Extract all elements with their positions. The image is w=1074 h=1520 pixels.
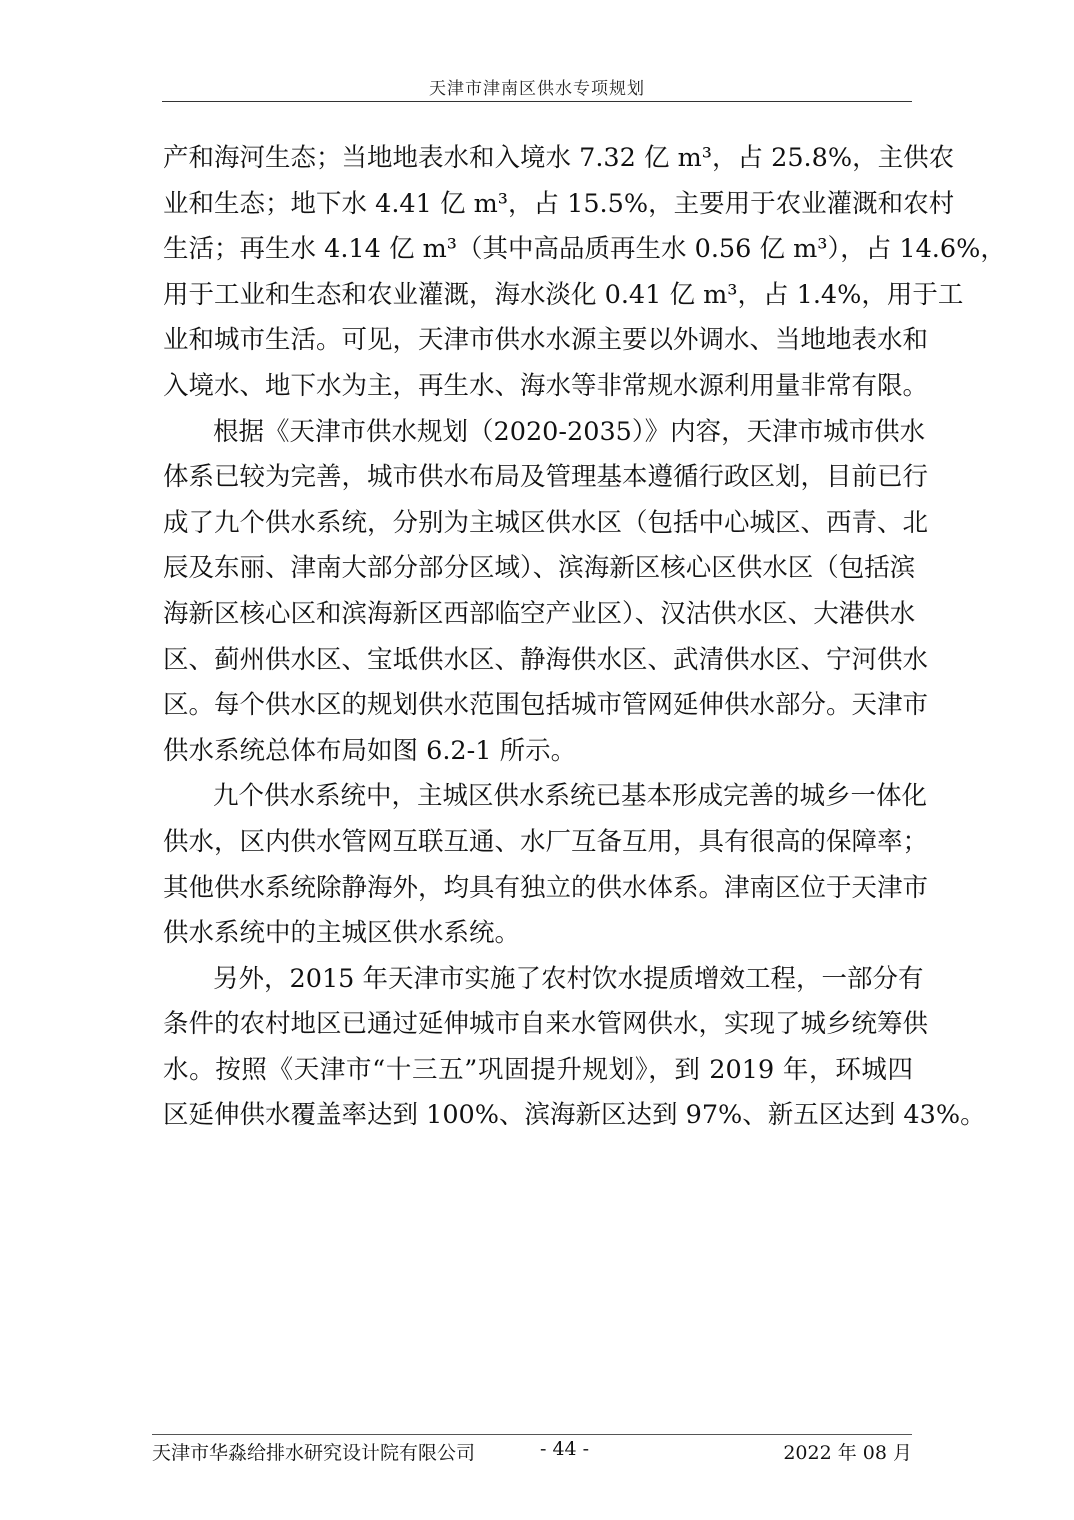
- paragraph-4: 另外，2015 年天津市实施了农村饮水提质增效工程，一部分有 条件的农村地区已通…: [163, 957, 913, 1139]
- text-line: 供水系统总体布局如图 6.2-1 所示。: [163, 729, 913, 775]
- text-line: 辰及东丽、津南大部分部分区域）、滨海新区核心区供水区（包括滨: [163, 546, 913, 592]
- text-line: 生活；再生水 4.14 亿 m³（其中高品质再生水 0.56 亿 m³），占 1…: [163, 227, 913, 273]
- text-line: 区。每个供水区的规划供水范围包括城市管网延伸供水部分。天津市: [163, 683, 913, 729]
- text-line: 海新区核心区和滨海新区西部临空产业区）、汉沽供水区、大港供水: [163, 592, 913, 638]
- document-footer: 天津市华淼给排水研究设计院有限公司 - 44 - 2022 年 08 月: [152, 1438, 912, 1468]
- text-line: 其他供水系统除静海外，均具有独立的供水体系。津南区位于天津市: [163, 866, 913, 912]
- text-line: 供水，区内供水管网互联互通、水厂互备互用，具有很高的保障率；: [163, 820, 913, 866]
- text-line: 供水系统中的主城区供水系统。: [163, 911, 913, 957]
- footer-divider: [152, 1434, 912, 1435]
- page-number: - 44 -: [540, 1438, 589, 1460]
- text-line: 成了九个供水系统，分别为主城区供水区（包括中心城区、西青、北: [163, 501, 913, 547]
- text-line: 另外，2015 年天津市实施了农村饮水提质增效工程，一部分有: [163, 957, 913, 1003]
- footer-organization: 天津市华淼给排水研究设计院有限公司: [152, 1438, 475, 1465]
- paragraph-2: 根据《天津市供水规划（2020-2035）》内容，天津市城市供水 体系已较为完善…: [163, 410, 913, 775]
- text-line: 九个供水系统中，主城区供水系统已基本形成完善的城乡一体化: [163, 774, 913, 820]
- text-line: 条件的农村地区已通过延伸城市自来水管网供水，实现了城乡统筹供: [163, 1002, 913, 1048]
- text-line: 水。按照《天津市“十三五”巩固提升规划》，到 2019 年，环城四: [163, 1048, 913, 1094]
- text-line: 入境水、地下水为主，再生水、海水等非常规水源利用量非常有限。: [163, 364, 913, 410]
- footer-date: 2022 年 08 月: [783, 1438, 912, 1465]
- document-body: 产和海河生态；当地地表水和入境水 7.32 亿 m³，占 25.8%，主供农 业…: [163, 136, 913, 1139]
- text-line: 区延伸供水覆盖率达到 100%、滨海新区达到 97%、新五区达到 43%。: [163, 1093, 913, 1139]
- document-header-title: 天津市津南区供水专项规划: [0, 74, 1074, 99]
- text-line: 体系已较为完善，城市供水布局及管理基本遵循行政区划，目前已行: [163, 455, 913, 501]
- paragraph-1: 产和海河生态；当地地表水和入境水 7.32 亿 m³，占 25.8%，主供农 业…: [163, 136, 913, 410]
- text-line: 业和生态；地下水 4.41 亿 m³，占 15.5%，主要用于农业灌溉和农村: [163, 182, 913, 228]
- paragraph-3: 九个供水系统中，主城区供水系统已基本形成完善的城乡一体化 供水，区内供水管网互联…: [163, 774, 913, 956]
- header-divider: [162, 101, 912, 102]
- text-line: 区、蓟州供水区、宝坻供水区、静海供水区、武清供水区、宁河供水: [163, 638, 913, 684]
- text-line: 产和海河生态；当地地表水和入境水 7.32 亿 m³，占 25.8%，主供农: [163, 136, 913, 182]
- text-line: 根据《天津市供水规划（2020-2035）》内容，天津市城市供水: [163, 410, 913, 456]
- text-line: 业和城市生活。可见，天津市供水水源主要以外调水、当地地表水和: [163, 318, 913, 364]
- text-line: 用于工业和生态和农业灌溉，海水淡化 0.41 亿 m³，占 1.4%，用于工: [163, 273, 913, 319]
